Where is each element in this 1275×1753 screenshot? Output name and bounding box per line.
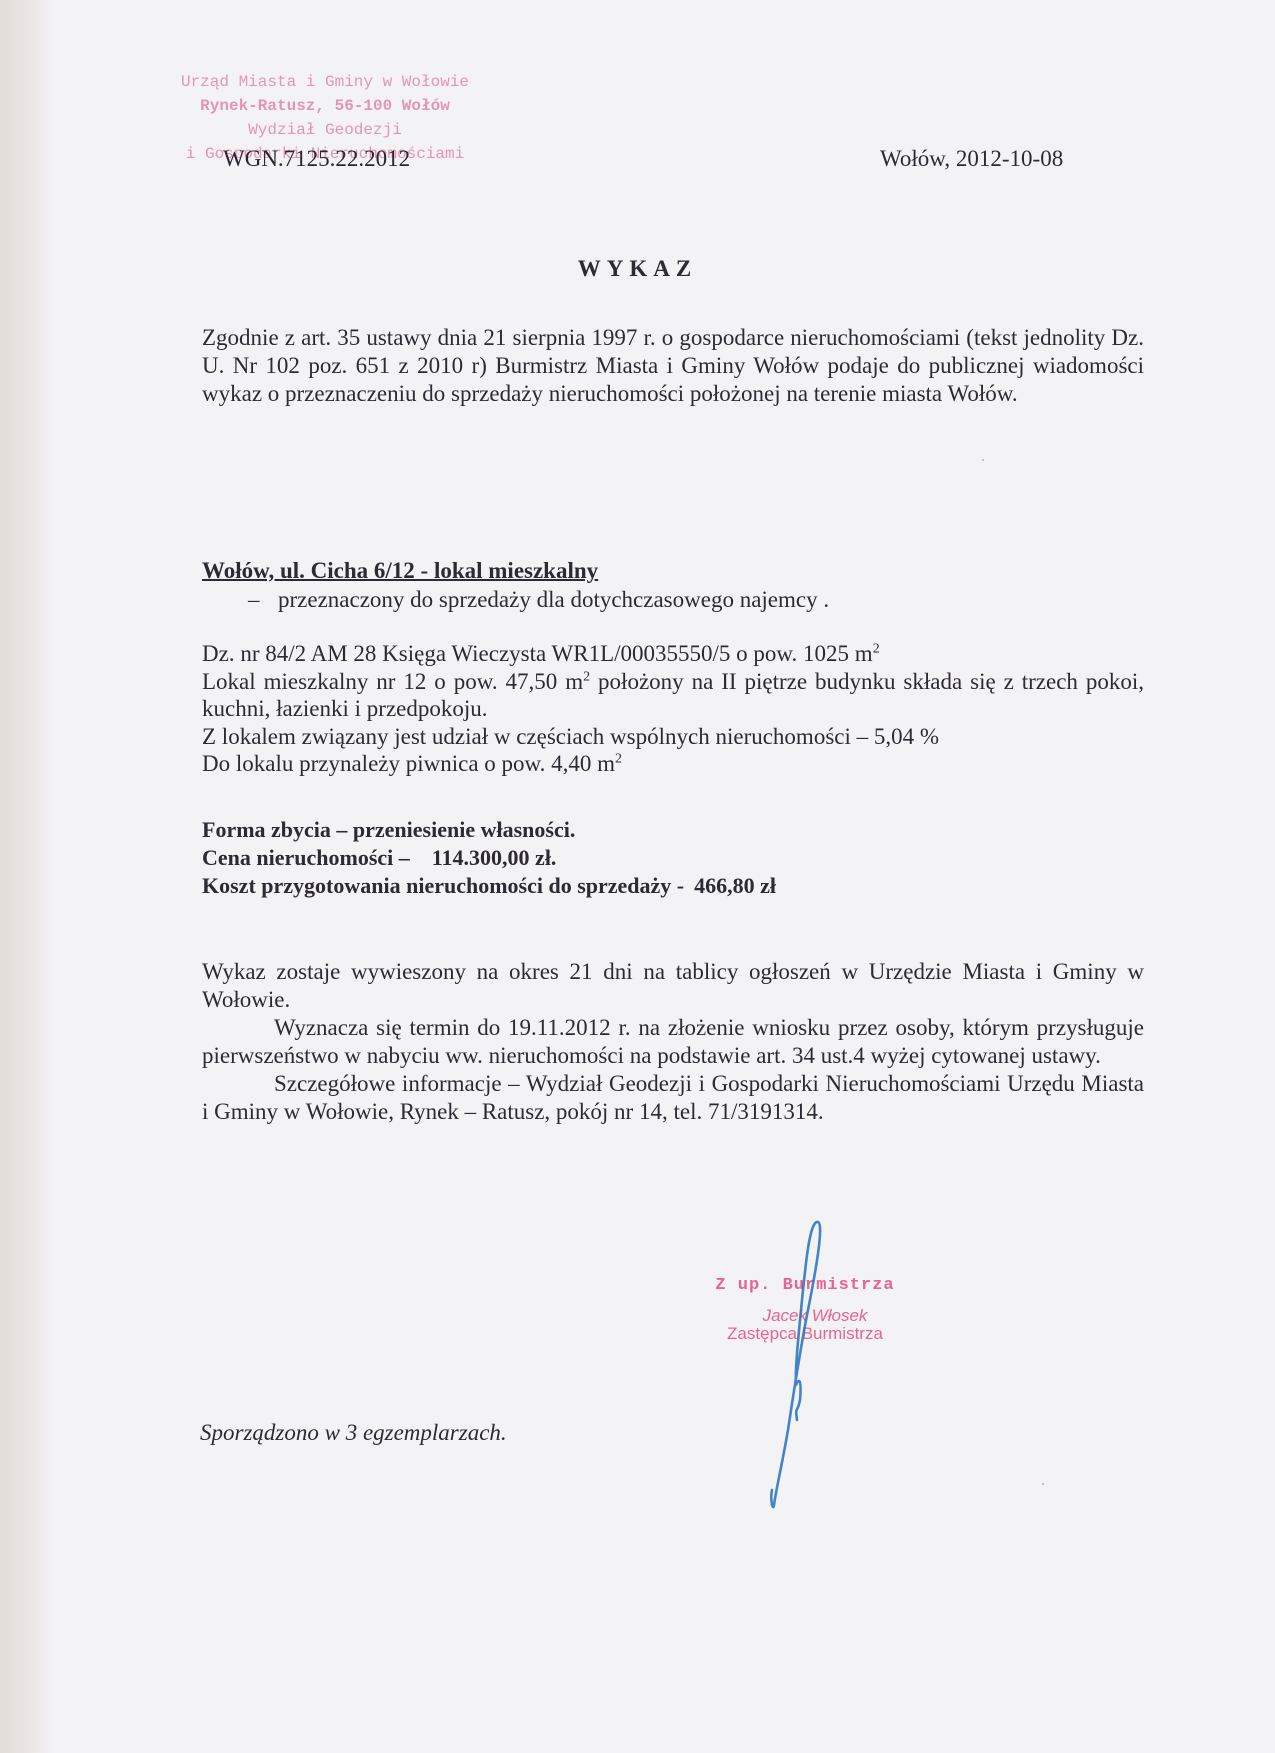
place-date: Wołów, 2012-10-08 <box>880 146 1063 172</box>
property-details: Dz. nr 84/2 AM 28 Księga Wieczysta WR1L/… <box>202 640 1144 778</box>
posting-paragraph: Wykaz zostaje wywieszony na okres 21 dni… <box>202 958 1144 1014</box>
unit-info: Lokal mieszkalny nr 12 o pow. 47,50 m2 p… <box>202 668 1144 723</box>
bullet-dash: – <box>248 586 278 614</box>
document-page: Urząd Miasta i Gminy w Wołowie Rynek-Rat… <box>0 0 1275 1753</box>
scan-speck <box>1042 1483 1044 1485</box>
handwritten-signature-icon <box>740 1200 860 1520</box>
price-value: 114.300,00 zł. <box>432 845 557 870</box>
purpose-text: przeznaczony do sprzedaży dla dotychczas… <box>278 587 829 612</box>
sale-form: Forma zbycia – przeniesienie własności. <box>202 816 776 844</box>
scan-speck <box>982 459 984 461</box>
stamp-line: Urząd Miasta i Gminy w Wołowie <box>155 70 495 94</box>
cellar-info: Do lokalu przynależy piwnica o pow. 4,40… <box>202 750 1144 778</box>
sale-terms: Forma zbycia – przeniesienie własności. … <box>202 816 776 900</box>
stamp-line: Wydział Geodezji <box>155 118 495 142</box>
footer-note: Sporządzono w 3 egzemplarzach. <box>200 1420 507 1446</box>
property-purpose: –przeznaczony do sprzedaży dla dotychcza… <box>248 586 829 614</box>
reference-number: WGN.7125.22.2012 <box>223 146 410 172</box>
cost-value: 466,80 zł <box>694 873 776 898</box>
document-title: WYKAZ <box>0 256 1275 282</box>
intro-paragraph: Zgodnie z art. 35 ustawy dnia 21 sierpni… <box>202 324 1144 408</box>
price-line: Cena nieruchomości –114.300,00 zł. <box>202 844 776 872</box>
property-address-heading: Wołów, ul. Cicha 6/12 - lokal mieszkalny <box>202 558 598 584</box>
notice-section: Wykaz zostaje wywieszony na okres 21 dni… <box>202 958 1144 1126</box>
parcel-info: Dz. nr 84/2 AM 28 Księga Wieczysta WR1L/… <box>202 640 1144 668</box>
share-info: Z lokalem związany jest udział w częścia… <box>202 723 1144 751</box>
stamp-line: Rynek-Ratusz, 56-100 Wołów <box>155 94 495 118</box>
cost-line: Koszt przygotowania nieruchomości do spr… <box>202 872 776 900</box>
deadline-paragraph: Wyznacza się termin do 19.11.2012 r. na … <box>202 1014 1144 1070</box>
contact-paragraph: Szczegółowe informacje – Wydział Geodezj… <box>202 1070 1144 1126</box>
